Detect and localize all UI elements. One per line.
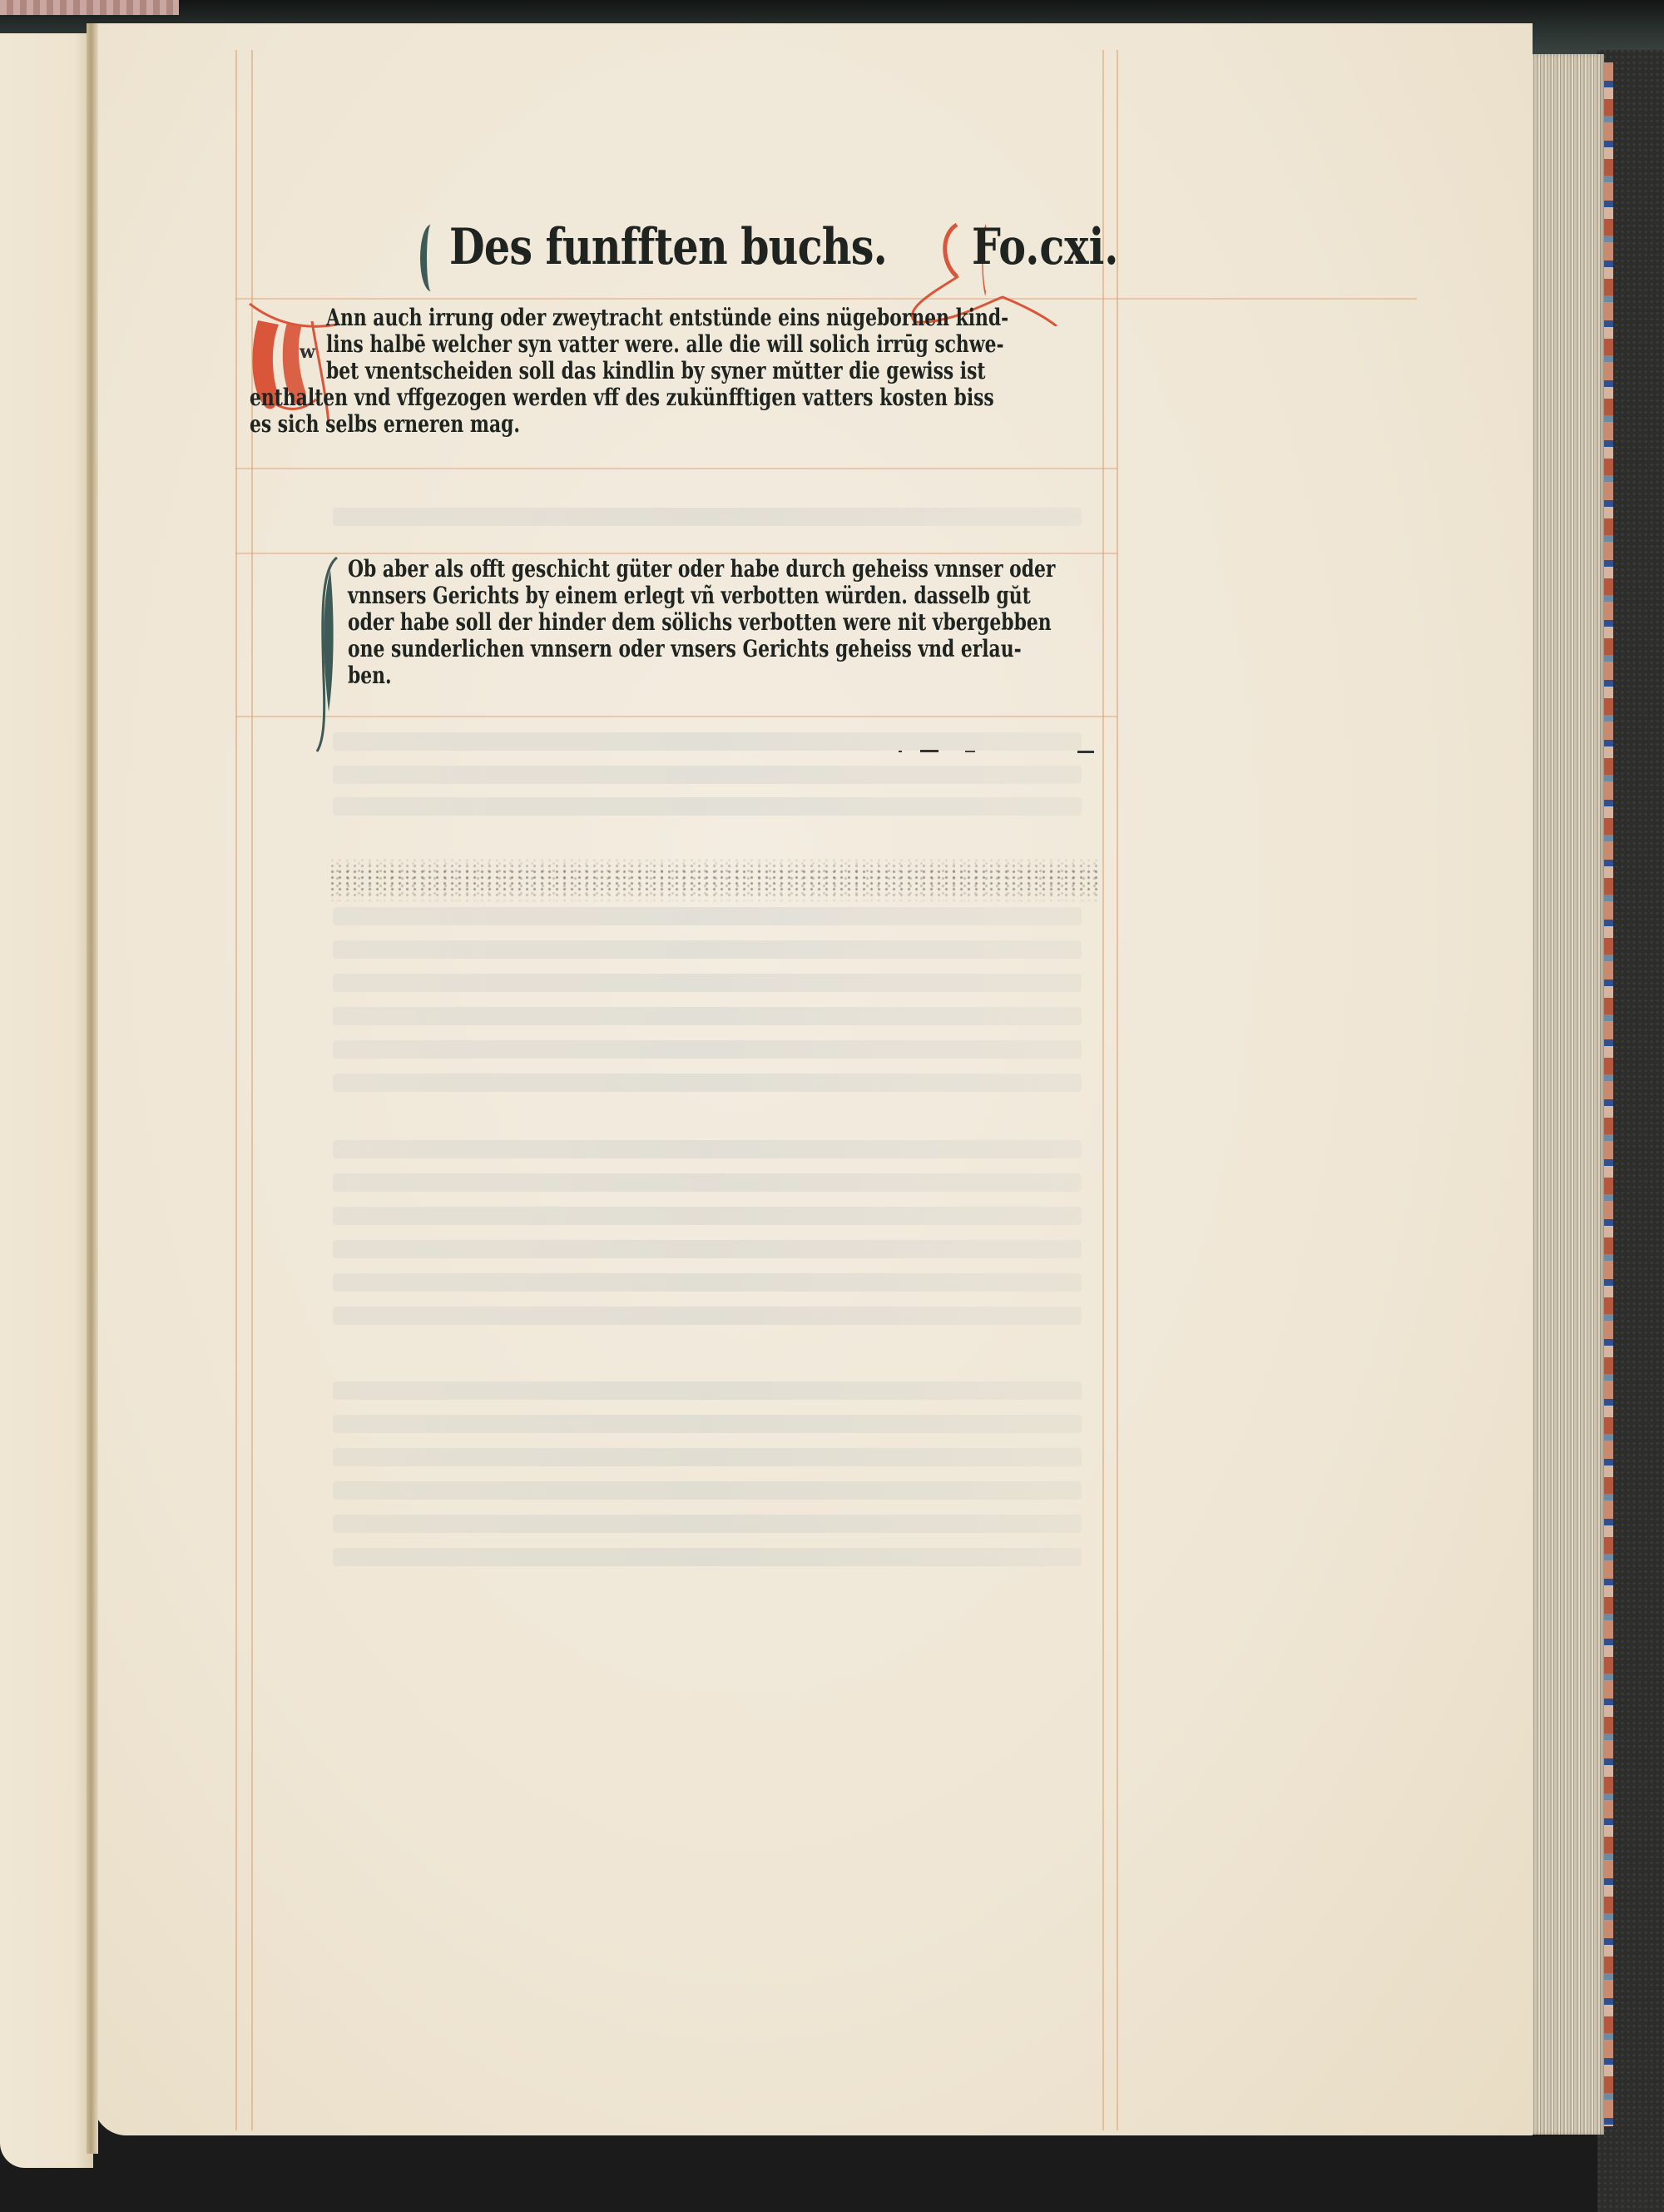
ruling-para2-bottom [235,716,1117,717]
ruling-para1-bottom [235,468,1117,469]
paragraph-line: oder habe soll der hinder dem sölichs ve… [348,609,945,636]
show-through-line [333,1173,1082,1192]
paragraph-line: es sich selbs erneren mag. [250,411,919,438]
paragraph-2: Ob aber als offt geschicht güter oder ha… [348,556,1113,689]
show-through-line [333,1415,1082,1433]
stray-ink-marks [890,749,1115,754]
show-through-line [333,508,1082,526]
show-through-line [333,766,1082,784]
ruling-left-outer [235,50,237,2130]
show-through-line [333,1074,1082,1092]
gutter [87,23,98,2154]
left-page-edge [0,33,93,2168]
show-through-line [333,732,1082,751]
paragraph-line: Ob aber als offt geschicht güter oder ha… [348,556,945,583]
show-through-line [333,1207,1082,1225]
show-through-line [333,974,1082,992]
ink-offset-smudge [329,857,1102,903]
paragraph-line: one sunderlichen vnnsern oder vnsers Ger… [348,636,945,662]
page-edges [1521,54,1604,2135]
paragraph-line: enthalten vnd vffgezogen werden vff des … [250,384,919,411]
show-through-line [333,1307,1082,1325]
show-through-line [333,1448,1082,1466]
show-through-line [333,1007,1082,1025]
show-through-line [333,1273,1082,1292]
paragraph-line: bet vnentscheiden soll das kindlin by sy… [326,358,936,384]
running-head-title: Des funfften buchs. [449,218,887,276]
show-through-line [333,940,1082,959]
paragraph-line: Ann auch irrung oder zweytracht entstünd… [326,305,936,331]
book-cover-bottom [0,2130,1664,2212]
headband [0,0,179,15]
paragraph-line: lins halbē welcher syn vatter were. alle… [326,331,936,358]
show-through-line [333,1040,1082,1059]
show-through-line [333,907,1082,925]
blue-paraph-mark-icon [312,553,345,753]
show-through-line [333,1548,1082,1566]
paragraph-1: Ann auch irrung oder zweytracht entstünd… [326,305,1108,438]
ruling-top [235,298,1417,300]
show-through-line [333,1515,1082,1533]
ruling-right-outer [1117,50,1118,2130]
paragraph-line: ben. [348,662,945,689]
show-through-line [333,1481,1082,1500]
show-through-line [333,1381,1082,1400]
show-through-line [333,1240,1082,1258]
folio-number: Fo.cxi. [972,218,1118,276]
guide-letter: w [300,341,315,363]
ruling-para2-top [235,553,1117,554]
show-through-line [333,1140,1082,1158]
paragraph-line: vnnsers Gerichts by einem erlegt vñ verb… [348,583,945,609]
show-through-line [333,797,1082,816]
paraph-mark-icon [420,225,442,291]
